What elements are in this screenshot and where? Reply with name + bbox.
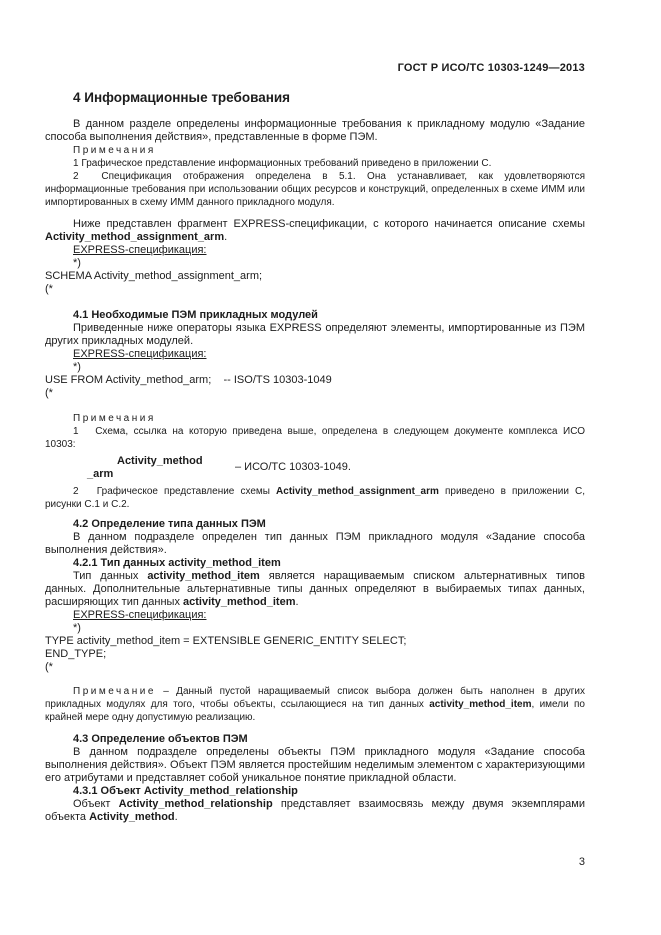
section-4-2-1-paragraph: Тип данных activity_method_item является… xyxy=(45,570,585,609)
notes-label: Примечания xyxy=(45,144,585,157)
notes-label: Примечания xyxy=(45,412,585,425)
entity-name-bold: Activity_method_relationship xyxy=(119,798,273,810)
note-item-line: 10303: xyxy=(45,438,585,451)
code-line: SCHEMA Activity_method_assignment_arm; xyxy=(45,270,585,283)
fragment-paragraph: Ниже представлен фрагмент EXPRESS-специф… xyxy=(45,218,585,244)
note-item: 1 Графическое представление информационн… xyxy=(45,157,585,170)
note-item: 2 Графическое представление схемы Activi… xyxy=(45,485,585,511)
type-name-bold: activity_method_item xyxy=(147,570,259,582)
schema-reference-entry: Activity_method _arm – ИСО/ТС 10303-1049… xyxy=(45,453,585,483)
section-4-3-paragraph: В данном подразделе определены объекты П… xyxy=(45,746,585,785)
code-line: *) xyxy=(45,257,585,270)
type-name-bold: activity_method_item xyxy=(183,596,295,608)
section-4-3-1-title: 4.3.1 Объект Activity_method_relationshi… xyxy=(45,785,585,798)
schema-ref-term-line2: _arm xyxy=(87,468,113,481)
entity-name-bold: Activity_method xyxy=(89,811,175,823)
section-4-1-title: 4.1 Необходимые ПЭМ прикладных модулей xyxy=(45,309,585,322)
schema-ref-term-line1: Activity_method xyxy=(117,455,203,468)
code-line: USE FROM Activity_method_arm; -- ISO/TS … xyxy=(45,374,585,387)
code-line: END_TYPE; xyxy=(45,648,585,661)
section-4-intro-paragraph: В данном разделе определены информационн… xyxy=(45,118,585,144)
express-spec-label: EXPRESS-спецификация: xyxy=(45,609,585,622)
section-4-2-1-title: 4.2.1 Тип данных activity_method_item xyxy=(45,557,585,570)
running-header: ГОСТ Р ИСО/ТС 10303-1249—2013 xyxy=(45,62,585,75)
section-4-3-1-paragraph: Объект Activity_method_relationship пред… xyxy=(45,798,585,824)
express-spec-label: EXPRESS-спецификация: xyxy=(45,244,585,257)
code-line: *) xyxy=(45,361,585,374)
schema-name-bold: Activity_method_assignment_arm xyxy=(45,231,224,243)
section-4-2-paragraph: В данном подразделе определен тип данных… xyxy=(45,531,585,557)
document-page: ГОСТ Р ИСО/ТС 10303-1249—2013 4 Информац… xyxy=(0,0,661,935)
page-number: 3 xyxy=(579,856,585,869)
note-single: Примечание – Данный пустой наращиваемый … xyxy=(45,685,585,724)
code-line: (* xyxy=(45,387,585,400)
notes-block-2: Примечания 1 Схема, ссылка на которую пр… xyxy=(45,412,585,511)
express-spec-label: EXPRESS-спецификация: xyxy=(45,348,585,361)
section-4-1-paragraph: Приведенные ниже операторы языка EXPRESS… xyxy=(45,322,585,348)
note-item: 2 Спецификация отображения определена в … xyxy=(45,170,585,209)
section-4-3-title: 4.3 Определение объектов ПЭМ xyxy=(45,733,585,746)
section-4-2-title: 4.2 Определение типа данных ПЭМ xyxy=(45,518,585,531)
code-line: (* xyxy=(45,283,585,296)
schema-name-bold: Activity_method_assignment_arm xyxy=(276,486,439,497)
code-line: (* xyxy=(45,661,585,674)
code-line: *) xyxy=(45,622,585,635)
note-label: Примечание xyxy=(73,686,156,697)
code-line: TYPE activity_method_item = EXTENSIBLE G… xyxy=(45,635,585,648)
type-name-bold: activity_method_item xyxy=(429,699,531,710)
notes-block-1: Примечания 1 Графическое представление и… xyxy=(45,144,585,209)
section-4-title: 4 Информационные требования xyxy=(45,90,585,106)
schema-ref-document: – ИСО/ТС 10303-1049. xyxy=(235,461,351,474)
note-item-line: 1 Схема, ссылка на которую приведена выш… xyxy=(45,425,585,438)
